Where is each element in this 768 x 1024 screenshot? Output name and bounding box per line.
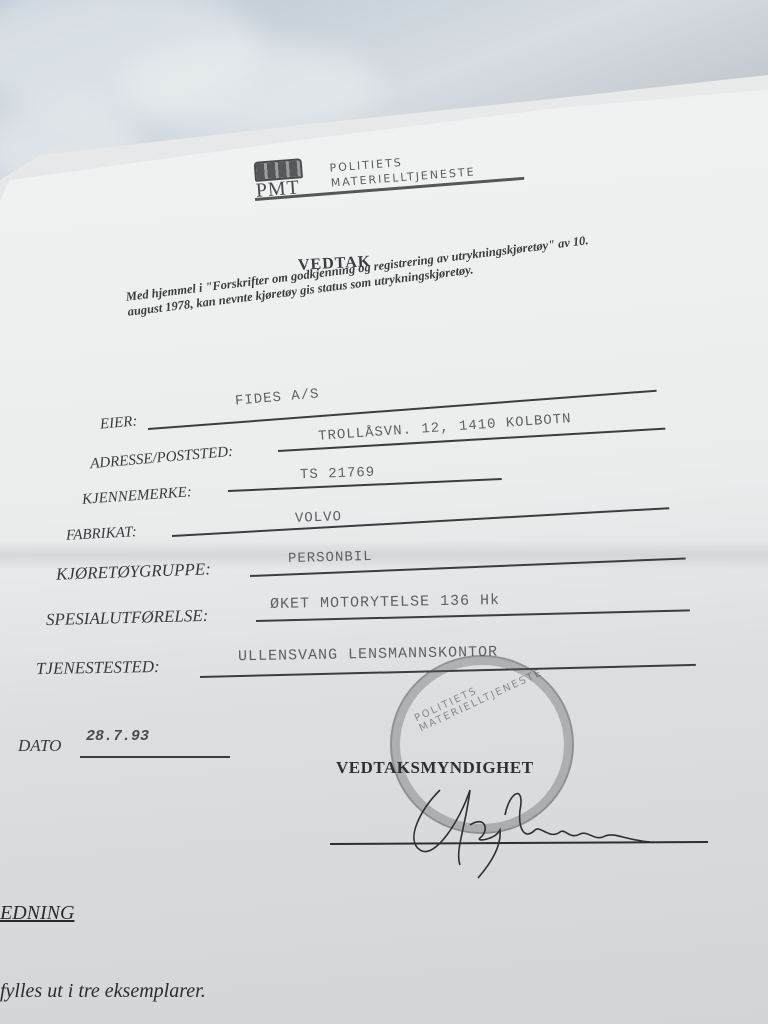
field-rule [172, 507, 669, 537]
signature-icon [400, 770, 660, 880]
date-value: 28.7.93 [86, 728, 149, 745]
pmt-logo: PMT [254, 158, 305, 200]
field-label-kjoretoygruppe: KJØRETØYGRUPPE: [56, 559, 211, 584]
guidance-text: fylles ut i tre eksemplarer. [0, 980, 206, 1003]
intro-paragraph: Med hjemmel i "Forskrifter om godkjennin… [125, 232, 605, 320]
date-label: DATO [18, 736, 61, 756]
field-label-fabrikat: FABRIKAT: [66, 524, 138, 545]
field-value-fabrikat: VOLVO [295, 509, 343, 527]
field-label-tjenestested: TJENESTESTED: [36, 657, 160, 679]
field-value-eier: FIDES A/S [234, 386, 320, 409]
field-value-spesialutforelse: ØKET MOTORYTELSE 136 Hk [270, 592, 500, 613]
field-value-kjennemerke: TS 21769 [300, 465, 376, 484]
field-value-kjoretoygruppe: PERSONBIL [288, 549, 373, 567]
document: PMT POLITIETS MATERIELLTJENESTE VEDTAK M… [0, 0, 768, 1024]
field-label-kjennemerke: KJENNEMERKE: [82, 484, 193, 509]
field-label-eier: EIER: [99, 413, 138, 433]
field-label-adresse: ADRESSE/POSTSTED: [90, 444, 234, 473]
field-label-spesialutforelse: SPESIALUTFØRELSE: [46, 606, 209, 630]
date-rule [80, 756, 230, 758]
guidance-heading: EDNING [0, 902, 74, 925]
